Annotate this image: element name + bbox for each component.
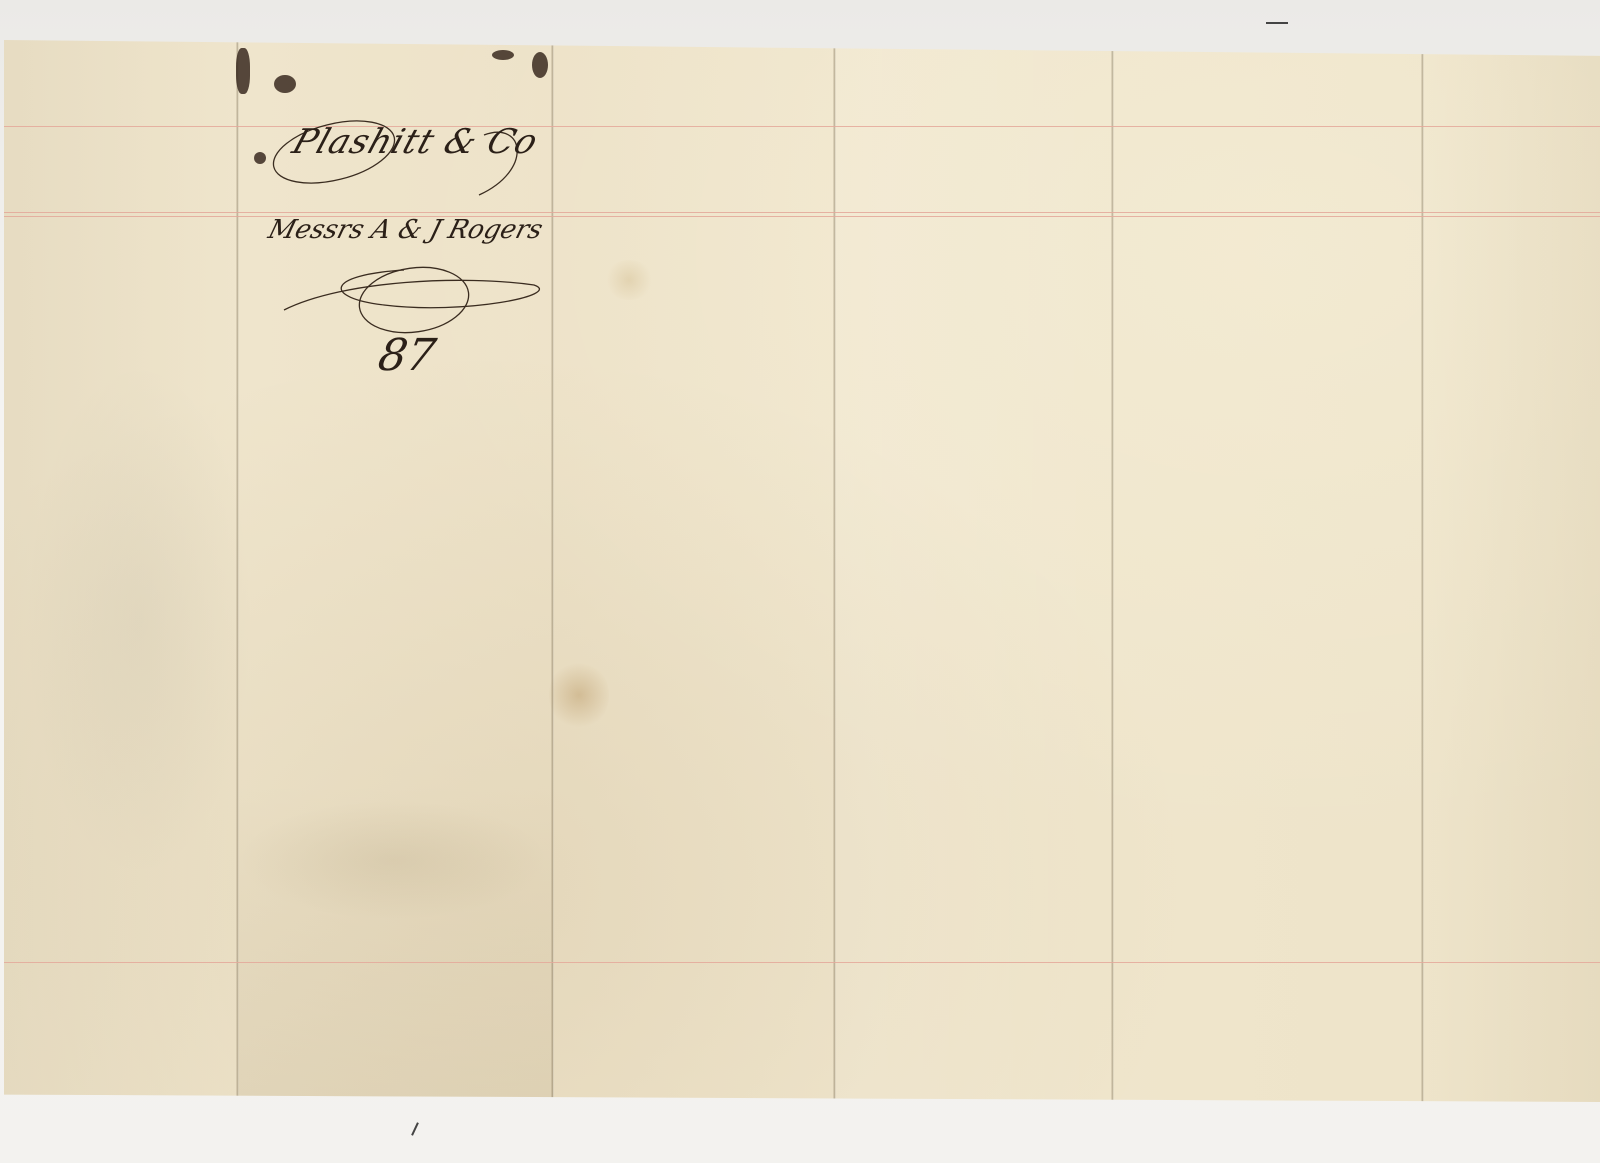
ruled-line-header — [4, 212, 1600, 213]
endorsement-number: 87 — [375, 330, 440, 381]
panel-1 — [4, 40, 238, 1102]
fold-line — [236, 40, 239, 1102]
scanner-mark — [1266, 22, 1288, 24]
endorsement-addressee: Messrs A & J Rogers — [265, 215, 546, 245]
ruled-line-bottom — [4, 962, 1600, 963]
scanner-background: Plashitt & Co Messrs A & J Rogers 87 — [0, 0, 1600, 1163]
ink-blot — [532, 52, 548, 78]
ink-blot — [492, 50, 514, 60]
ruled-line-top — [4, 126, 1600, 127]
panel-6 — [1423, 40, 1600, 1102]
fold-line — [1421, 40, 1424, 1102]
document-sheet: Plashitt & Co Messrs A & J Rogers 87 — [4, 40, 1600, 1102]
ink-blot — [236, 48, 250, 94]
fold-line — [1111, 40, 1114, 1102]
panel-5 — [1113, 40, 1423, 1102]
scanner-mark — [411, 1122, 419, 1136]
panel-3 — [553, 40, 835, 1102]
endorsement-firm-name: Plashitt & Co — [288, 122, 544, 162]
panel-4 — [835, 40, 1113, 1102]
ink-blot — [274, 75, 296, 93]
fold-line — [833, 40, 836, 1102]
